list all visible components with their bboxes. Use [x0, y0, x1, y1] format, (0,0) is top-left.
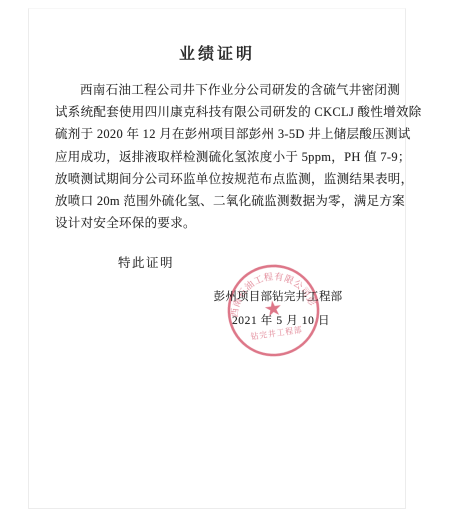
body-line-6: 放喷口 20m 范围外硫化氢、二氧化硫监测数据为零，满足方案 [55, 190, 395, 212]
body-line-4: 应用成功，返排液取样检测硫化氢浓度小于 5ppm，PH 值 7-9； [55, 146, 395, 168]
official-seal-stamp: 西南石油工程有限公司彭州项目部 ★ 钻完井工程部 [218, 255, 330, 367]
body-line-7: 设计对安全环保的要求。 [55, 212, 395, 234]
body-line-2: 试系统配套使用四川康克科技有限公司研发的 CKCLJ 酸性增效除 [55, 101, 395, 123]
body-line-1: 西南石油工程公司井下作业分公司研发的含硫气井密闭测 [55, 79, 395, 101]
closing-phrase: 特此证明 [118, 253, 174, 271]
body-line-3: 硫剂于 2020 年 12 月在彭州项目部彭州 3-5D 井上储层酸压测试 [55, 123, 395, 145]
body-line-5: 放喷测试期间分公司环监单位按规范布点监测，监测结果表明， [55, 168, 395, 190]
body-paragraph: 西南石油工程公司井下作业分公司研发的含硫气井密闭测 试系统配套使用四川康克科技有… [55, 79, 395, 234]
stamp-bottom-text: 钻完井工程部 [250, 324, 303, 341]
certificate-page: 业绩证明 西南石油工程公司井下作业分公司研发的含硫气井密闭测 试系统配套使用四川… [28, 8, 406, 509]
document-title: 业绩证明 [29, 41, 405, 64]
stamp-star-icon: ★ [262, 295, 284, 321]
